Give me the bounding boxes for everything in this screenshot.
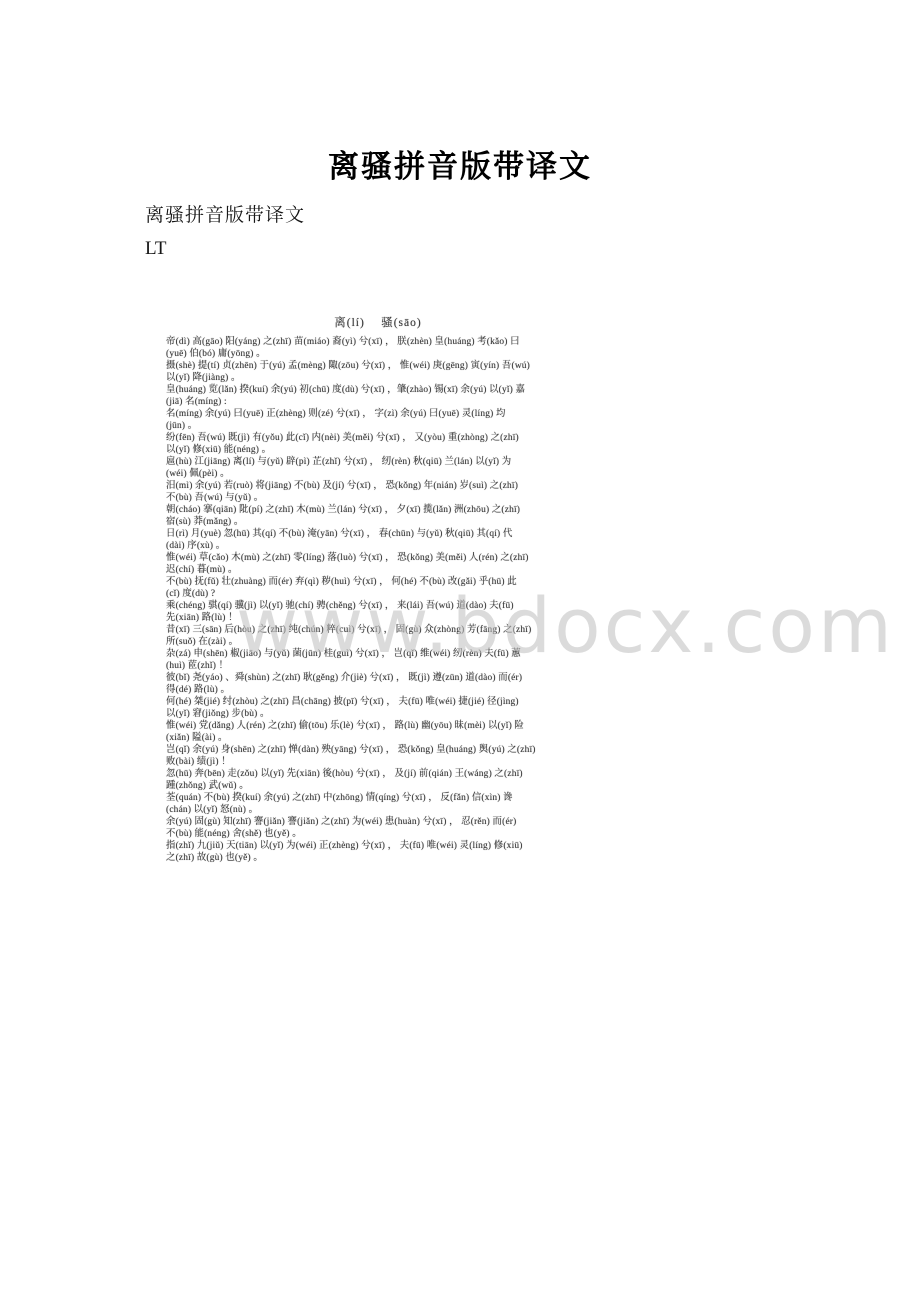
scan-text-line: 帝(dì) 高(gāo) 阳(yáng) 之(zhī) 苗(miáo) 裔(yì…	[166, 336, 590, 348]
scan-text-line: (huì) 茝(zhǐ) ！	[166, 660, 590, 672]
scan-text-line: (dài) 序(xù) 。	[166, 540, 590, 552]
scan-text-line: (cǐ) 度(dù) ?	[166, 588, 590, 600]
scan-text-line: 乘(chéng) 骐(qí) 骥(jì) 以(yǐ) 驰(chí) 骋(chěn…	[166, 600, 590, 612]
scan-text-line: 扈(hù) 江(jiāng) 离(lí) 与(yǔ) 辟(pì) 芷(zhǐ) …	[166, 456, 590, 468]
scan-text-line: 彼(bǐ) 尧(yáo) 、舜(shùn) 之(zhī) 耿(gěng) 介(j…	[166, 672, 590, 684]
scan-text-line: 以(yǐ) 窘(jiǒng) 步(bù) 。	[166, 708, 590, 720]
scan-poem-title: 离(lí) 骚(sāo)	[166, 316, 590, 330]
scan-text-line: 得(dé) 路(lù) 。	[166, 684, 590, 696]
scan-text-lines: 帝(dì) 高(gāo) 阳(yáng) 之(zhī) 苗(miáo) 裔(yì…	[166, 336, 590, 864]
scan-text-line: 败(bài) 绩(jì) ！	[166, 756, 590, 768]
scan-text-line: 惟(wéi) 党(dǎng) 人(rén) 之(zhī) 偷(tōu) 乐(lè…	[166, 720, 590, 732]
scan-text-line: 皇(huáng) 览(lǎn) 揆(kuí) 余(yú) 初(chū) 度(dù…	[166, 384, 590, 396]
scan-text-line: 之(zhī) 故(gù) 也(yě) 。	[166, 852, 590, 864]
scan-text-line: 指(zhǐ) 九(jiǔ) 天(tiān) 以(yǐ) 为(wéi) 正(zhè…	[166, 840, 590, 852]
scan-text-line: 岂(qǐ) 余(yú) 身(shēn) 之(zhī) 惮(dàn) 殃(yāng…	[166, 744, 590, 756]
scan-text-line: (yuē) 伯(bó) 庸(yōng) 。	[166, 348, 590, 360]
scan-text-line: 纷(fēn) 吾(wú) 既(jì) 有(yǒu) 此(cǐ) 内(nèi) 美…	[166, 432, 590, 444]
scan-text-line: 何(hé) 桀(jié) 纣(zhòu) 之(zhī) 昌(chāng) 披(p…	[166, 696, 590, 708]
byline-text: LT	[145, 238, 166, 260]
scan-text-line: 宿(sù) 莽(mǎng) 。	[166, 516, 590, 528]
subtitle-text: 离骚拼音版带译文	[145, 200, 305, 227]
page-title: 离骚拼音版带译文	[0, 141, 920, 186]
scan-text-line: 以(yǐ) 修(xiū) 能(néng) 。	[166, 444, 590, 456]
scan-text-line: 惟(wéi) 草(cǎo) 木(mù) 之(zhī) 零(líng) 落(luò…	[166, 552, 590, 564]
scan-text-line: (chán) 以(yǐ) 怒(nù) 。	[166, 804, 590, 816]
scan-text-line: 余(yú) 固(gù) 知(zhī) 謇(jiǎn) 謇(jiǎn) 之(zhī…	[166, 816, 590, 828]
scan-text-line: 昔(xī) 三(sān) 后(hòu) 之(zhī) 纯(chún) 粹(cuì…	[166, 624, 590, 636]
scan-text-line: (jiā) 名(míng) :	[166, 396, 590, 408]
scan-text-line: 不(bù) 能(néng) 舍(shě) 也(yě) 。	[166, 828, 590, 840]
scan-text-line: 不(bù) 吾(wú) 与(yǔ) 。	[166, 492, 590, 504]
scan-text-line: 名(míng) 余(yú) 曰(yuē) 正(zhèng) 则(zé) 兮(xī…	[166, 408, 590, 420]
scan-text-line: 迟(chí) 暮(mù) 。	[166, 564, 590, 576]
scan-text-line: 朝(cháo) 搴(qiān) 阰(pí) 之(zhī) 木(mù) 兰(lán…	[166, 504, 590, 516]
scan-text-line: 荃(quán) 不(bù) 揆(kuí) 余(yú) 之(zhī) 中(zhōn…	[166, 792, 590, 804]
scan-text-line: 忽(hū) 奔(bēn) 走(zǒu) 以(yǐ) 先(xiān) 後(hòu)…	[166, 768, 590, 780]
scan-text-line: 摄(shè) 提(tí) 贞(zhēn) 于(yú) 孟(mèng) 陬(zōu…	[166, 360, 590, 372]
scan-text-line: (wéi) 佩(pèi) 。	[166, 468, 590, 480]
scan-text-line: 先(xiān) 路(lù) ！	[166, 612, 590, 624]
scan-text-line: 所(suǒ) 在(zài) 。	[166, 636, 590, 648]
scan-text-line: 汨(mì) 余(yú) 若(ruò) 将(jiāng) 不(bù) 及(jí) …	[166, 480, 590, 492]
scan-text-line: 踵(zhǒng) 武(wǔ) 。	[166, 780, 590, 792]
scan-text-line: 以(yǐ) 降(jiàng) 。	[166, 372, 590, 384]
scan-text-line: (xiǎn) 隘(ài) 。	[166, 732, 590, 744]
scan-text-line: 日(rì) 月(yuè) 忽(hū) 其(qí) 不(bù) 淹(yān) 兮(…	[166, 528, 590, 540]
scan-text-line: 杂(zá) 申(shēn) 椒(jiāo) 与(yǔ) 菌(jūn) 桂(guì…	[166, 648, 590, 660]
scan-text-line: 不(bù) 抚(fǔ) 壮(zhuàng) 而(ér) 弃(qì) 秽(huì)…	[166, 576, 590, 588]
scan-text-line: (jūn) 。	[166, 420, 590, 432]
document-page: 离骚拼音版带译文 离骚拼音版带译文 LT 离(lí) 骚(sāo) 帝(dì) …	[0, 0, 920, 1302]
lisao-scan-image: 离(lí) 骚(sāo) 帝(dì) 高(gāo) 阳(yáng) 之(zhī)…	[166, 316, 590, 864]
